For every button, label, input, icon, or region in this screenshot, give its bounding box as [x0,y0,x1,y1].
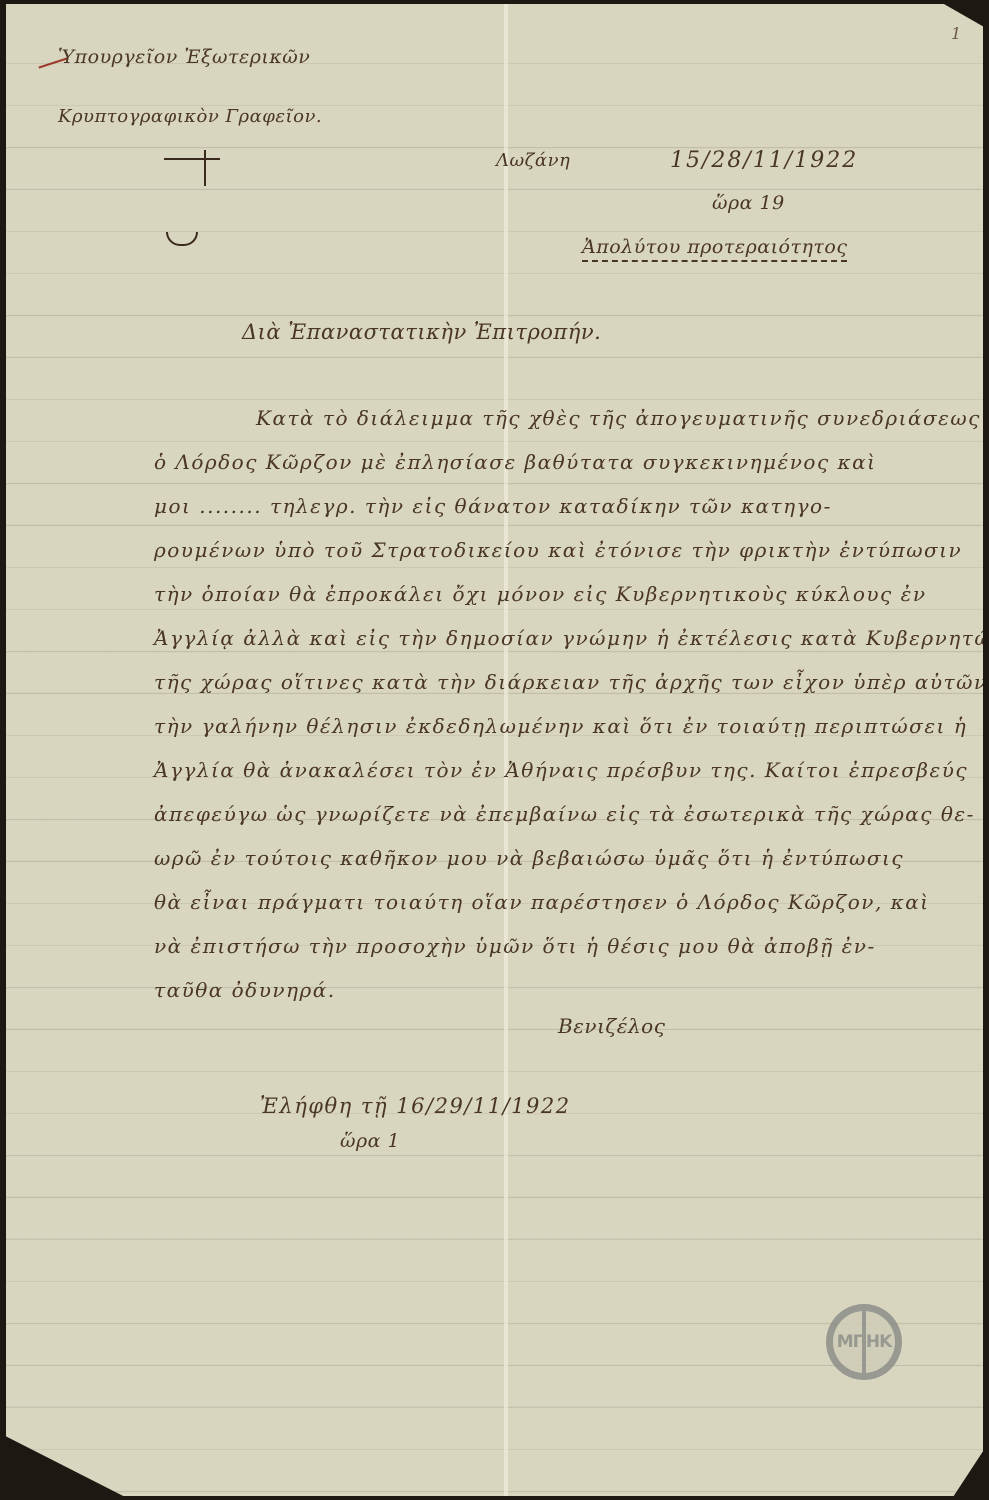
body-line: ταῦθα ὀδυνηρά. [154,978,336,1002]
letter-page: 1 Ὑπουργεῖον Ἐξωτερικῶν Κρυπτογραφικὸν Γ… [6,4,983,1496]
body-line: Ἀγγλίᾳ ἀλλὰ καὶ εἰς τὴν δημοσίαν γνώμην … [154,626,989,650]
page-number: 1 [951,24,961,43]
curve-mark-icon [166,232,198,246]
body-line: Ἀγγλία θὰ ἀνακαλέσει τὸν ἐν Ἀθήναις πρέσ… [154,758,968,782]
body-line: ὁ Λόρδος Κῶρζον μὲ ἐπλησίασε βαθύτατα συ… [154,450,876,474]
body-line: τῆς χώρας οἵτινες κατὰ τὴν διάρκειαν τῆς… [154,670,988,694]
body-line: θὰ εἶναι πράγματι τοιαύτη οἵαν παρέστησε… [154,890,930,914]
cross-mark-icon [164,150,220,190]
received-date: Ἐλήφθη τῇ 16/29/11/1922 [260,1094,571,1118]
body-line: νὰ ἐπιστήσω τὴν προσοχὴν ὑμῶν ὅτι ἡ θέσι… [154,934,876,958]
dateline-time: ὥρα 19 [712,192,785,214]
received-time: ὥρα 1 [340,1130,400,1152]
body-line: τὴν ὁποίαν θὰ ἐπροκάλει ὄχι μόνον εἰς Κυ… [154,582,927,606]
body-line: μοι ........ τηλεγρ. τὴν εἰς θάνατον κατ… [154,494,832,518]
header-office: Κρυπτογραφικὸν Γραφεῖον. [58,106,322,127]
archive-stamp-icon: ΜΠΗΚ [826,1304,902,1380]
addressee: Διὰ Ἐπαναστατικὴν Ἐπιτροπήν. [242,320,601,344]
body-line: ωρῶ ἐν τούτοις καθῆκον μου νὰ βεβαιώσω ὑ… [154,846,904,870]
body-line: Κατὰ τὸ διάλειμμα τῆς χθὲς τῆς ἀπογευματ… [256,406,981,430]
signature: Βενιζέλος [558,1014,665,1038]
header-ministry: Ὑπουργεῖον Ἐξωτερικῶν [58,46,310,68]
stamp-text: ΜΠΗΚ [837,1332,892,1352]
body-line: τὴν γαλήνην θέλησιν ἐκδεδηλωμένην καὶ ὅτ… [154,714,967,738]
priority-note: Ἀπολύτου προτεραιότητος [582,236,847,262]
dateline-place: Λωζάνη [496,150,570,171]
body-line: ἀπεφεύγω ὡς γνωρίζετε νὰ ἐπεμβαίνω εἰς τ… [154,802,975,826]
body-line: ρουμένων ὑπὸ τοῦ Στρατοδικείου καὶ ἐτόνι… [154,538,962,562]
dateline-date: 15/28/11/1922 [670,148,858,173]
